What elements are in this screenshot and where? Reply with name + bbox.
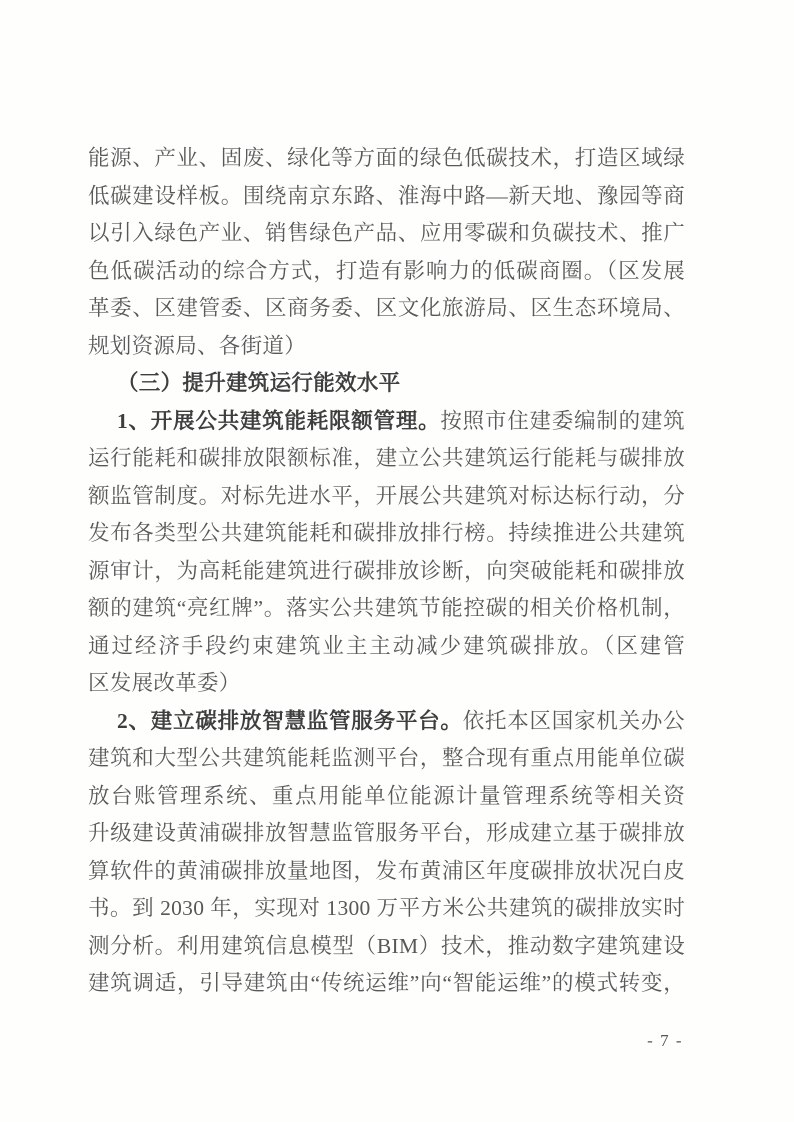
line-text: 低碳建设样板。围绕南京东路、淮海中路—新天地、豫园等商圈， (88, 184, 685, 216)
text-line: 额的建筑“亮红牌”。落实公共建筑节能控碳的相关价格机制， (88, 590, 685, 628)
line-text: 革委、区建管委、区商务委、区文化旅游局、区生态环境局、区 (88, 296, 685, 328)
line-text: 通过经济手段约束建筑业主主动减少建筑碳排放。（区建管委、 (88, 634, 685, 666)
text-line: 算软件的黄浦碳排放量地图，发布黄浦区年度碳排放状况白皮 (88, 853, 685, 891)
text-line: 源审计，为高耗能建筑进行碳排放诊断，向突破能耗和碳排放限 (88, 553, 685, 591)
line-text: 运行能耗和碳排放限额标准，建立公共建筑运行能耗与碳排放限 (88, 446, 685, 478)
line-text: 额的建筑“亮红牌”。落实公共建筑节能控碳的相关价格机制， (88, 596, 685, 620)
document-body: 能源、产业、固废、绿化等方面的绿色低碳技术，打造区域绿色低碳建设样板。围绕南京东… (88, 140, 685, 1003)
text-line: 通过经济手段约束建筑业主主动减少建筑碳排放。（区建管委、 (88, 628, 685, 666)
page-number: - 7 - (647, 1031, 683, 1051)
text-line: 测分析。利用建筑信息模型（BIM）技术，推动数字建筑建设和 (88, 928, 685, 966)
line-text: 测分析。利用建筑信息模型（BIM）技术，推动数字建筑建设和 (88, 934, 685, 966)
text-line: 能源、产业、固废、绿化等方面的绿色低碳技术，打造区域绿色 (88, 140, 685, 178)
text-line: 书。到 2030 年，实现对 1300 万平方米公共建筑的碳排放实时监 (88, 890, 685, 928)
text-line: 区发展改革委） (88, 665, 685, 703)
text-line: 放台账管理系统、重点用能单位能源计量管理系统等相关资源， (88, 778, 685, 816)
text-line: 色低碳活动的综合方式，打造有影响力的低碳商圈。（区发展改 (88, 253, 685, 291)
document-page: 能源、产业、固废、绿化等方面的绿色低碳技术，打造区域绿色低碳建设样板。围绕南京东… (0, 0, 794, 1122)
text-line: 运行能耗和碳排放限额标准，建立公共建筑运行能耗与碳排放限 (88, 440, 685, 478)
text-line: 2、建立碳排放智慧监管服务平台。依托本区国家机关办公 (88, 703, 685, 741)
line-text: 升级建设黄浦碳排放智慧监管服务平台，形成建立基于碳排放计 (88, 821, 685, 853)
line-text: 放台账管理系统、重点用能单位能源计量管理系统等相关资源， (88, 784, 685, 816)
paragraph-lead: 1、开展公共建筑能耗限额管理。 (117, 409, 440, 433)
text-line: 低碳建设样板。围绕南京东路、淮海中路—新天地、豫园等商圈， (88, 178, 685, 216)
line-text: 依托本区国家机关办公 (463, 709, 685, 733)
text-line: 建筑和大型公共建筑能耗监测平台，整合现有重点用能单位碳排 (88, 740, 685, 778)
line-text: 规划资源局、各街道） (88, 334, 306, 358)
text-line: 额监管制度。对标先进水平，开展公共建筑对标达标行动，分类 (88, 478, 685, 516)
line-text: 源审计，为高耗能建筑进行碳排放诊断，向突破能耗和碳排放限 (88, 559, 685, 591)
line-text: 色低碳活动的综合方式，打造有影响力的低碳商圈。（区发展改 (88, 259, 685, 291)
text-line: 以引入绿色产业、销售绿色产品、应用零碳和负碳技术、推广绿 (88, 215, 685, 253)
line-text: 建筑和大型公共建筑能耗监测平台，整合现有重点用能单位碳排 (88, 746, 685, 778)
line-text: 发布各类型公共建筑能耗和碳排放排行榜。持续推进公共建筑能 (88, 521, 685, 553)
text-line: 规划资源局、各街道） (88, 328, 685, 366)
section-heading: （三）提升建筑运行能效水平 (88, 365, 685, 403)
line-text: 额监管制度。对标先进水平，开展公共建筑对标达标行动，分类 (88, 484, 685, 516)
paragraph-lead: 2、建立碳排放智慧监管服务平台。 (117, 709, 463, 733)
paragraph-lead: （三）提升建筑运行能效水平 (117, 371, 400, 395)
line-text: 书。到 2030 年，实现对 1300 万平方米公共建筑的碳排放实时监 (88, 896, 685, 928)
line-text: 能源、产业、固废、绿化等方面的绿色低碳技术，打造区域绿色 (88, 146, 685, 178)
line-text: 按照市住建委编制的建筑 (440, 409, 685, 433)
text-line: 建筑调适，引导建筑由“传统运维”向“智能运维”的模式转变， (88, 965, 685, 1003)
text-line: 1、开展公共建筑能耗限额管理。按照市住建委编制的建筑 (88, 403, 685, 441)
line-text: 算软件的黄浦碳排放量地图，发布黄浦区年度碳排放状况白皮 (88, 859, 685, 883)
text-line: 发布各类型公共建筑能耗和碳排放排行榜。持续推进公共建筑能 (88, 515, 685, 553)
line-text: 建筑调适，引导建筑由“传统运维”向“智能运维”的模式转变， (88, 971, 685, 995)
text-line: 升级建设黄浦碳排放智慧监管服务平台，形成建立基于碳排放计 (88, 815, 685, 853)
text-line: 革委、区建管委、区商务委、区文化旅游局、区生态环境局、区 (88, 290, 685, 328)
line-text: 区发展改革委） (88, 671, 241, 695)
line-text: 以引入绿色产业、销售绿色产品、应用零碳和负碳技术、推广绿 (88, 221, 685, 253)
